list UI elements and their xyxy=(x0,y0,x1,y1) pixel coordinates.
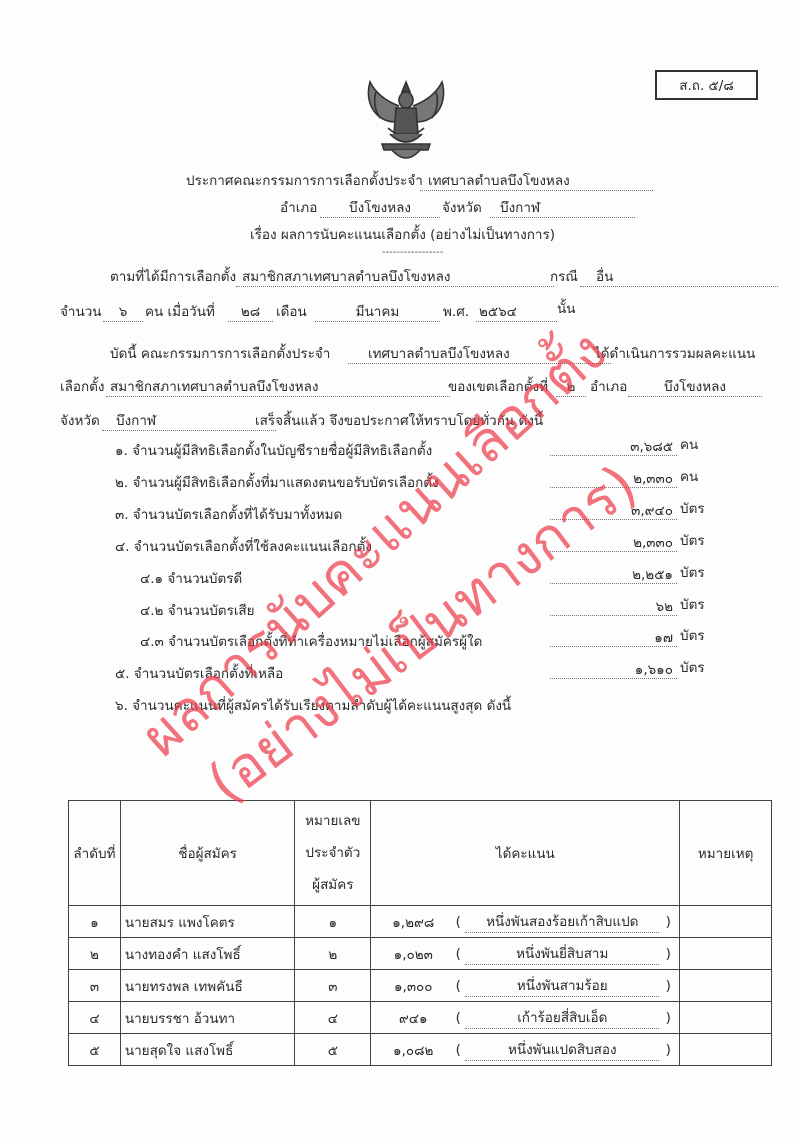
table-row: ๑นายสมร แพงโคตร๑๑,๒๙๘(หนึ่งพันสองร้อยเก้… xyxy=(69,906,772,938)
header-id-line3: ผู้สมัคร xyxy=(299,869,366,901)
score-words: หนึ่งพันแปดสิบสอง xyxy=(465,1038,659,1061)
stat-unit: บัตร xyxy=(680,659,705,677)
para1-end-label: นั้น xyxy=(557,300,575,318)
cell-note xyxy=(680,1002,772,1034)
para2-district-label: อำเภอ xyxy=(590,378,627,396)
cell-name: นายทรงพล เทพคันธี xyxy=(120,970,295,1002)
paren-close: ) xyxy=(661,1042,675,1058)
paren-close: ) xyxy=(661,978,675,994)
header-province-value: บึงกาฬ xyxy=(490,199,635,218)
score-words: เก้าร้อยสี่สิบเอ็ด xyxy=(465,1006,659,1029)
table-row: ๔นายบรรชา อ้วนทา๔๙๔๑(เก้าร้อยสี่สิบเอ็ด) xyxy=(69,1002,772,1034)
cell-name: นายสมร แพงโคตร xyxy=(120,906,295,938)
header-rank: ลำดับที่ xyxy=(69,801,121,906)
paren-open: ( xyxy=(451,914,465,930)
para1-count-value: ๖ xyxy=(103,303,143,322)
stat-label: ๖. จำนวนคะแนนที่ผู้สมัครได้รับเรียงตามลำ… xyxy=(115,697,511,715)
score-number: ๑,๐๘๒ xyxy=(375,1039,451,1061)
table-row: ๓นายทรงพล เทพคันธี๓๑,๓๐๐(หนึ่งพันสามร้อย… xyxy=(69,970,772,1002)
stat-unit: บัตร xyxy=(680,500,705,518)
stat-label: ๒. จำนวนผู้มีสิทธิเลือกตั้งที่มาแสดงตนขอ… xyxy=(115,474,439,492)
para2-done-label: ได้ดำเนินการรวมผลคะแนน xyxy=(594,345,755,363)
stat-label: ๔.๒ จำนวนบัตรเสีย xyxy=(140,602,255,620)
header-separator: ----------------- xyxy=(382,244,443,262)
cell-note xyxy=(680,1034,772,1066)
cell-rank: ๒ xyxy=(69,938,121,970)
cell-candidate-id: ๕ xyxy=(295,1034,371,1066)
header-district-value: บึงโขงหลง xyxy=(320,199,440,218)
cell-candidate-id: ๒ xyxy=(295,938,371,970)
header-id-line1: หมายเลข xyxy=(299,805,366,837)
cell-note xyxy=(680,906,772,938)
para2-district-value: บึงโขงหลง xyxy=(628,378,762,397)
para2-now-label: บัดนี้ คณะกรรมการการเลือกตั้งประจำ xyxy=(110,345,330,363)
header-province-label: จังหวัด xyxy=(442,199,482,217)
para2-election-label: เลือกตั้ง xyxy=(60,378,105,396)
form-number: ส.ถ. ๕/๘ xyxy=(679,74,733,96)
para2-election-value: สมาชิกสภาเทศบาลตำบลบึงโขงหลง xyxy=(106,378,450,397)
cell-score: ๑,๐๘๒(หนึ่งพันแปดสิบสอง) xyxy=(371,1034,680,1066)
stat-unit: บัตร xyxy=(680,627,705,645)
stat-label: ๔.๓ จำนวนบัตรเลือกตั้งที่ทำเครื่องหมายไม… xyxy=(140,633,482,651)
stat-unit: คน xyxy=(680,436,698,454)
para1-case-value: อื่น xyxy=(580,268,778,287)
header-id-line2: ประจำตัว xyxy=(299,837,366,869)
para1-persons-label: คน เมื่อวันที่ xyxy=(145,303,215,321)
stat-value: ๑๗ xyxy=(550,629,677,647)
header-score: ได้คะแนน xyxy=(371,801,680,906)
header-line1-value: เทศบาลตำบลบึงโขงหลง xyxy=(420,172,653,191)
cell-score: ๑,๐๒๓(หนึ่งพันยี่สิบสาม) xyxy=(371,938,680,970)
header-subject: เรื่อง ผลการนับคะแนนเลือกตั้ง (อย่างไม่เ… xyxy=(250,226,555,244)
stat-label: ๔. จำนวนบัตรเลือกตั้งที่ใช้ลงคะแนนเลือกต… xyxy=(115,538,372,556)
stat-value: ๓,๖๘๕ xyxy=(550,438,677,456)
score-number: ๑,๒๙๘ xyxy=(375,911,451,933)
stat-label: ๓. จำนวนบัตรเลือกตั้งที่ได้รับมาทั้งหมด xyxy=(115,506,342,524)
stat-value: ๒,๓๓๐ xyxy=(550,534,677,552)
stat-value: ๖๒ xyxy=(550,598,677,616)
cell-score: ๙๔๑(เก้าร้อยสี่สิบเอ็ด) xyxy=(371,1002,680,1034)
stat-value: ๓,๙๔๐ xyxy=(550,502,677,520)
header-district-label: อำเภอ xyxy=(280,199,317,217)
paren-close: ) xyxy=(661,914,675,930)
cell-rank: ๔ xyxy=(69,1002,121,1034)
cell-candidate-id: ๑ xyxy=(295,906,371,938)
score-number: ๑,๐๒๓ xyxy=(375,943,451,965)
para1-case-label: กรณี xyxy=(550,268,578,286)
cell-score: ๑,๒๙๘(หนึ่งพันสองร้อยเก้าสิบแปด) xyxy=(371,906,680,938)
table-header-row: ลำดับที่ ชื่อผู้สมัคร หมายเลข ประจำตัว ผ… xyxy=(69,801,772,906)
cell-rank: ๓ xyxy=(69,970,121,1002)
para1-election-value: สมาชิกสภาเทศบาลตำบลบึงโขงหลง xyxy=(236,268,554,287)
paren-open: ( xyxy=(451,1042,465,1058)
table-row: ๕นายสุดใจ แสงโพธิ์๕๑,๐๘๒(หนึ่งพันแปดสิบส… xyxy=(69,1034,772,1066)
paren-open: ( xyxy=(451,978,465,994)
cell-score: ๑,๓๐๐(หนึ่งพันสามร้อย) xyxy=(371,970,680,1002)
garuda-emblem-icon xyxy=(358,78,454,166)
score-words: หนึ่งพันสองร้อยเก้าสิบแปด xyxy=(465,910,659,933)
cell-name: นางทองคำ แสงโพธิ์ xyxy=(120,938,295,970)
stat-unit: บัตร xyxy=(680,564,705,582)
para1-year-value: ๒๕๖๔ xyxy=(476,303,557,322)
para1-election-label: ตามที่ได้มีการเลือกตั้ง xyxy=(110,268,236,286)
stat-label: ๑. จำนวนผู้มีสิทธิเลือกตั้งในบัญชีรายชื่… xyxy=(115,442,432,460)
para1-month-label: เดือน xyxy=(276,303,307,321)
cell-candidate-id: ๔ xyxy=(295,1002,371,1034)
header-candidate-id: หมายเลข ประจำตัว ผู้สมัคร xyxy=(295,801,371,906)
cell-note xyxy=(680,970,772,1002)
header-line1-label: ประกาศคณะกรรมการการเลือกตั้งประจำ xyxy=(186,172,423,190)
score-number: ๑,๓๐๐ xyxy=(375,975,451,997)
stat-label: ๔.๑ จำนวนบัตรดี xyxy=(140,570,242,588)
stat-label: ๕. จำนวนบัตรเลือกตั้งที่เหลือ xyxy=(115,665,283,683)
para2-province-value: บึงกาฬ xyxy=(102,412,276,431)
score-words: หนึ่งพันสามร้อย xyxy=(465,974,659,997)
stat-value: ๒,๓๓๐ xyxy=(550,470,677,488)
para1-count-label: จำนวน xyxy=(60,303,102,321)
cell-candidate-id: ๓ xyxy=(295,970,371,1002)
table-row: ๒นางทองคำ แสงโพธิ์๒๑,๐๒๓(หนึ่งพันยี่สิบส… xyxy=(69,938,772,970)
stat-value: ๒,๒๕๑ xyxy=(550,566,677,584)
cell-rank: ๑ xyxy=(69,906,121,938)
header-note: หมายเหตุ xyxy=(680,801,772,906)
para1-year-label: พ.ศ. xyxy=(443,303,469,321)
stat-unit: บัตร xyxy=(680,532,705,550)
stat-unit: บัตร xyxy=(680,596,705,614)
paren-open: ( xyxy=(451,946,465,962)
para2-province-label: จังหวัด xyxy=(60,412,100,430)
paren-open: ( xyxy=(451,1010,465,1026)
paren-close: ) xyxy=(661,946,675,962)
stat-unit: คน xyxy=(680,468,698,486)
para1-day-value: ๒๘ xyxy=(228,303,273,322)
cell-name: นายสุดใจ แสงโพธิ์ xyxy=(120,1034,295,1066)
cell-note xyxy=(680,938,772,970)
stat-value: ๑,๖๑๐ xyxy=(550,661,677,679)
para2-zone-value: ๒ xyxy=(556,378,586,397)
header-name: ชื่อผู้สมัคร xyxy=(120,801,295,906)
paren-close: ) xyxy=(661,1010,675,1026)
cell-name: นายบรรชา อ้วนทา xyxy=(120,1002,295,1034)
score-words: หนึ่งพันยี่สิบสาม xyxy=(465,942,659,965)
para2-zone-label: ของเขตเลือกตั้งที่ xyxy=(448,378,548,396)
para1-month-value: มีนาคม xyxy=(315,303,440,322)
cell-rank: ๕ xyxy=(69,1034,121,1066)
results-table: ลำดับที่ ชื่อผู้สมัคร หมายเลข ประจำตัว ผ… xyxy=(68,800,772,1066)
para2-committee-value: เทศบาลตำบลบึงโขงหลง xyxy=(348,345,611,364)
para2-finish-label: เสร็จสิ้นแล้ว จึงขอประกาศให้ทราบโดยทั่วก… xyxy=(255,412,543,430)
form-number-box: ส.ถ. ๕/๘ xyxy=(655,70,758,100)
score-number: ๙๔๑ xyxy=(375,1007,451,1029)
